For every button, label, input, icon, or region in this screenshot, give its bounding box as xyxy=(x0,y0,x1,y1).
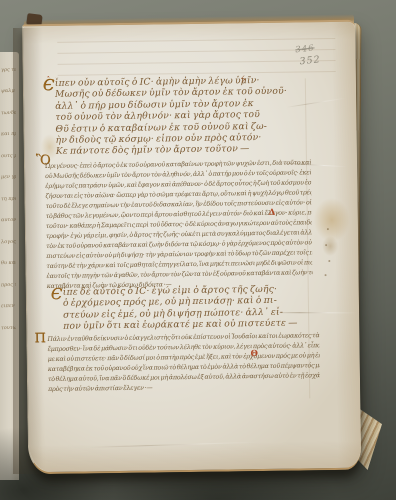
parchment-crease xyxy=(89,442,259,448)
facing-page-edge: γρς τνψαλμ δτωνδεκαι προυτς μμεν γρτη πρ… xyxy=(0,52,19,480)
gospel-lemma-block-1: ἶπεν οὖν αὐτοῖς ὁ ΙϹ· ἀμὴν ἀμὴν λέγω ὑμῖ… xyxy=(55,74,312,157)
red-rubric-delta: Δ xyxy=(269,209,276,218)
facing-page-text-fragment: γρς τν xyxy=(1,66,16,73)
foliation-number-struck: 346 xyxy=(295,43,315,55)
foliation-number: 352 xyxy=(299,54,321,67)
facing-page-text-fragment: και πρ xyxy=(1,131,16,138)
facing-page-text-fragment: θυ και xyxy=(1,260,16,267)
facing-page-text-fragment: προς τ xyxy=(1,281,16,288)
facing-page-text-fragment: αυτον xyxy=(1,217,16,224)
red-rubric-theta: Θ xyxy=(251,350,259,359)
ink-speck xyxy=(327,228,329,230)
facing-page-text-fragment: λογος xyxy=(1,238,16,245)
gilt-marginal-pi: Π xyxy=(34,332,46,345)
ink-speck xyxy=(325,274,327,276)
facing-page-text-fragment: ψαλμ δ xyxy=(1,88,16,95)
ink-speck xyxy=(328,260,330,262)
facing-page-text-fragment: ειπεν xyxy=(1,303,16,310)
gospel-lemma-block-2: ἶπε δὲ αὐτοῖς ὁ ΙϹ· ἐγώ εἰμι ὁ ἄρτος τῆς… xyxy=(63,283,314,332)
ruling-line xyxy=(58,60,336,65)
facing-page-text-fragment: μεν γρ xyxy=(1,174,16,181)
parchment-stain xyxy=(322,236,338,256)
catena-commentary-block-1: Ὡριγένους· ἐπεὶ ὁ ἄρτος ὁ ἐκ τοῦ οὐρανοῦ… xyxy=(45,158,313,292)
catena-commentary-block-2: Πάλιν ἐνταῦθα δείκνυσιν ὁ εὐαγγελιστὴς ὅ… xyxy=(47,331,320,395)
ruling-line xyxy=(57,49,335,54)
gilt-initial-epsilon-1: ˆЄ xyxy=(43,78,55,93)
facing-page-text-fragment: τωνδε xyxy=(1,109,16,116)
parchment-stain xyxy=(313,198,350,242)
ink-speck xyxy=(325,244,327,246)
gilt-initial-epsilon-2: Є xyxy=(51,287,63,302)
lemma-text-line: πον ὑμῖν ὅτι καὶ ἑωράκατέ με καὶ οὐ πιστ… xyxy=(63,317,313,332)
facing-page-text-fragment: τουτω xyxy=(1,324,16,331)
manuscript-page: 346 352 ˆЄ ἶπεν οὖν αὐτοῖς ὁ ΙϹ· ἀμὴν ἀμ… xyxy=(22,20,361,475)
red-breathing-mark: ˆ xyxy=(47,72,50,87)
facing-page-text-fragment: ουτς μ xyxy=(1,152,16,159)
lemma-text-line: Κε πάντοτε δὸς ἡμῖν τὸν ἄρτον τοῦτον — xyxy=(56,143,312,158)
ruling-line xyxy=(57,38,335,43)
facing-page-text-fragment: τη πρς xyxy=(1,195,16,202)
manuscript-photo: γρς τνψαλμ δτωνδεκαι προυτς μμεν γρτη πρ… xyxy=(0,0,396,500)
